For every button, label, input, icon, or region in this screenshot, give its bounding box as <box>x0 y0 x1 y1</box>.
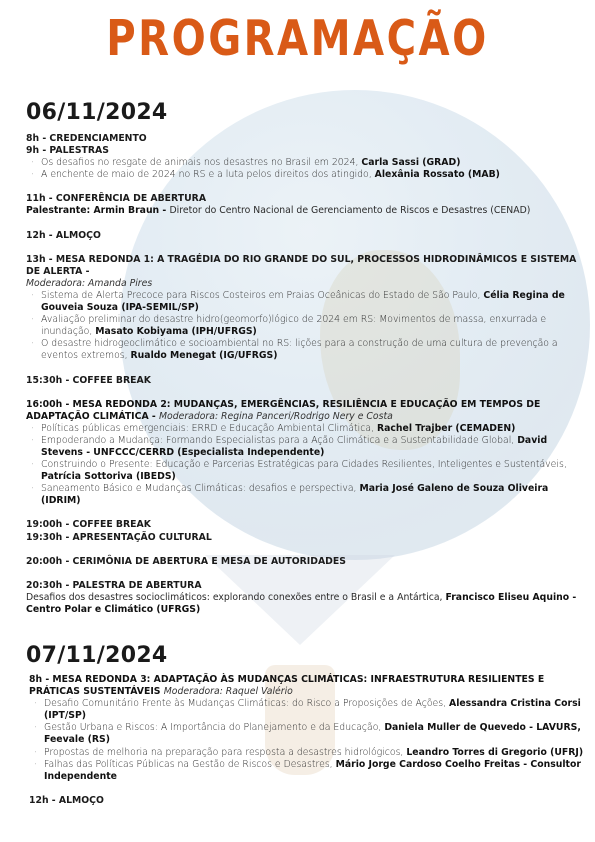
talk-detail: Desafios dos desastres socioclimáticos: … <box>26 592 586 616</box>
session-heading: 12h - ALMOÇO <box>26 230 586 242</box>
page-title: PROGRAMAÇÃO <box>54 10 542 67</box>
talk-list: Sistema de Alerta Precoce para Riscos Co… <box>26 290 586 363</box>
session-heading: 20:00h - CERIMÔNIA DE ABERTURA E MESA DE… <box>26 556 586 568</box>
session-heading: 8h - MESA REDONDA 3: ADAPTAÇÃO ÀS MUDANÇ… <box>29 674 589 698</box>
list-item: O desastre hidrogeoclimático e socioambi… <box>26 338 586 362</box>
speaker-name: Leandro Torres di Gregorio (UFRJ) <box>406 747 583 758</box>
day-2-date: 07/11/2024 <box>26 643 168 668</box>
session-heading: 8h - CREDENCIAMENTO <box>26 133 586 145</box>
moderator: Moderadora: Raquel Valério <box>164 686 293 697</box>
day-2-schedule: 8h - MESA REDONDA 3: ADAPTAÇÃO ÀS MUDANÇ… <box>29 674 589 807</box>
speaker-name: Patrícia Sottoriva (IBEDS) <box>41 471 176 482</box>
list-item: Propostas de melhoria na preparação para… <box>29 747 589 759</box>
moderator: Moderadora: Regina Panceri/Rodrigo Nery … <box>159 411 393 422</box>
speaker-name: Rualdo Menegat (IG/UFRGS) <box>131 350 278 361</box>
list-item: Construindo o Presente: Educação e Parce… <box>26 459 586 483</box>
list-item: Gestão Urbana e Riscos: A Importância do… <box>29 722 589 746</box>
session-heading: 15:30h - COFFEE BREAK <box>26 375 586 387</box>
speaker-name: Masato Kobiyama (IPH/UFRGS) <box>95 326 257 337</box>
day-1-date: 06/11/2024 <box>26 100 168 125</box>
speaker-name: Carla Sassi (GRAD) <box>361 157 460 168</box>
list-item: Desafio Comunitário Frente às Mudanças C… <box>29 698 589 722</box>
session-heading: 11h - CONFERÊNCIA DE ABERTURA <box>26 193 586 205</box>
list-item: Saneamento Básico e Mudanças Climáticas:… <box>26 483 586 507</box>
program-page: PROGRAMAÇÃO 06/11/2024 8h - CREDENCIAMEN… <box>0 0 595 842</box>
session-heading: 9h - PALESTRAS <box>26 145 586 157</box>
list-item: Sistema de Alerta Precoce para Riscos Co… <box>26 290 586 314</box>
talk-list: Desafio Comunitário Frente às Mudanças C… <box>29 698 589 783</box>
speaker-name: Rachel Trajber (CEMADEN) <box>377 423 515 434</box>
list-item: Empoderando a Mudança: Formando Especial… <box>26 435 586 459</box>
session-heading: 12h - ALMOÇO <box>29 795 589 807</box>
list-item: Falhas das Políticas Públicas na Gestão … <box>29 759 589 783</box>
list-item: A enchente de maio de 2024 no RS e a lut… <box>26 169 586 181</box>
talk-list: Os desafios no resgate de animais nos de… <box>26 157 586 181</box>
list-item: Os desafios no resgate de animais nos de… <box>26 157 586 169</box>
session-heading: 20:30h - PALESTRA DE ABERTURA <box>26 580 586 592</box>
list-item: Avaliação preliminar do desastre hidro(g… <box>26 314 586 338</box>
talk-list: Políticas públicas emergenciais: ERRD e … <box>26 423 586 508</box>
session-heading: 16:00h - MESA REDONDA 2: MUDANÇAS, EMERG… <box>26 399 586 423</box>
day-1-schedule: 8h - CREDENCIAMENTO 9h - PALESTRAS Os de… <box>26 133 586 616</box>
session-heading: 19:00h - COFFEE BREAK <box>26 519 586 531</box>
moderator: Moderadora: Amanda Pires <box>26 278 152 289</box>
speaker-name: Alexânia Rossato (MAB) <box>375 169 500 180</box>
session-heading: 19:30h - APRESENTAÇÃO CULTURAL <box>26 532 586 544</box>
session-heading: 13h - MESA REDONDA 1: A TRAGÉDIA DO RIO … <box>26 254 586 278</box>
list-item: Políticas públicas emergenciais: ERRD e … <box>26 423 586 435</box>
speaker-line: Palestrante: Armin Braun - Diretor do Ce… <box>26 205 586 217</box>
